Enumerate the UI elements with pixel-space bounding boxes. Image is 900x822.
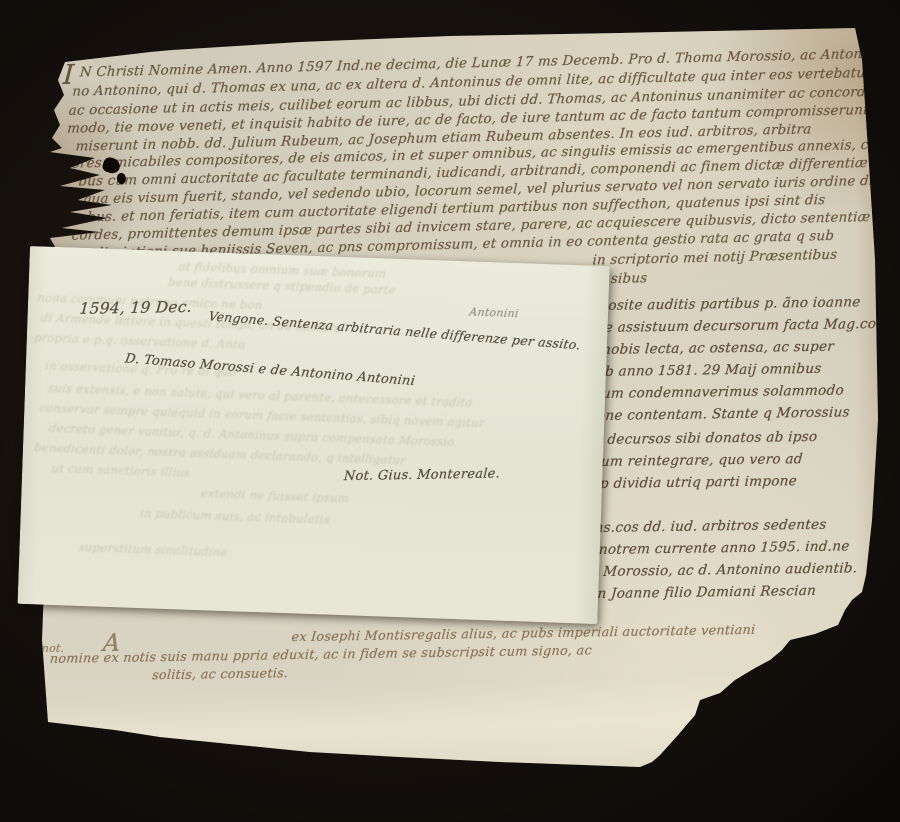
note-showthrough-line: superstitum similitudine [78,540,228,559]
note-line: Antonini [469,305,520,320]
archivist-note-overlay: at fidelibus omnium suæ bonorumbene dist… [18,246,610,624]
note-showthrough-line: ut cum sanctioris illius [51,461,191,480]
manuscript-line: solitis, ac consuetis. [152,666,289,683]
manuscript-line: p dividia utriq parti impone [599,473,797,492]
manuscript-line: one contentam. Stante q Morossius [596,404,850,424]
manuscript-line: in scriptorio mei notij Præsentibus [592,248,838,269]
manuscript-line: ib anno 1581. 29 Maij omnibus [600,361,822,380]
photo-background: IN Christi Nomine Amen. Anno 1597 Ind.ne… [0,0,900,822]
manuscript-line: ns.cos dd. iud. arbitros sedentes [594,517,827,536]
manuscript-line: n Joanne filio Damiani Rescian [597,583,817,602]
manuscript-line: ne assistuum decursorum facta Mag.co [595,316,877,336]
manuscript-line: ex Iosephi Montisregalis alius, ac pubs … [291,623,756,645]
manuscript-line: notrem currente anno 1595. ind.ne [598,538,850,558]
manuscript-line: Morossio, ac d. Antonino audientib. [603,560,858,580]
manuscript-line: sibus [610,271,647,287]
note-line: 1594, 19 Dec. [79,298,193,318]
manuscript-line: nobis lecta, ac ostensa, ac super [602,339,835,358]
note-line: Not. Gius. Montereale. [343,466,500,484]
note-showthrough-line: extendi ne fuisset ipsum [200,486,350,505]
manuscript-line: sum reintegrare, quo vero ad [593,451,803,470]
manuscript-line: nomine ex notis suis manu ppria eduxit, … [49,643,592,667]
manuscript-line: decursos sibi donatos ab ipso [607,429,818,448]
note-showthrough-line: propria e p.q. osservatione d. Anto [33,330,246,351]
manuscript-line: posite auditis partibus p. ãno ioanne [599,294,861,314]
note-showthrough-line: in publicum suis, ac intabulatis [139,506,330,527]
manuscript-line: sum condemnaverimus solammodo [594,382,844,401]
